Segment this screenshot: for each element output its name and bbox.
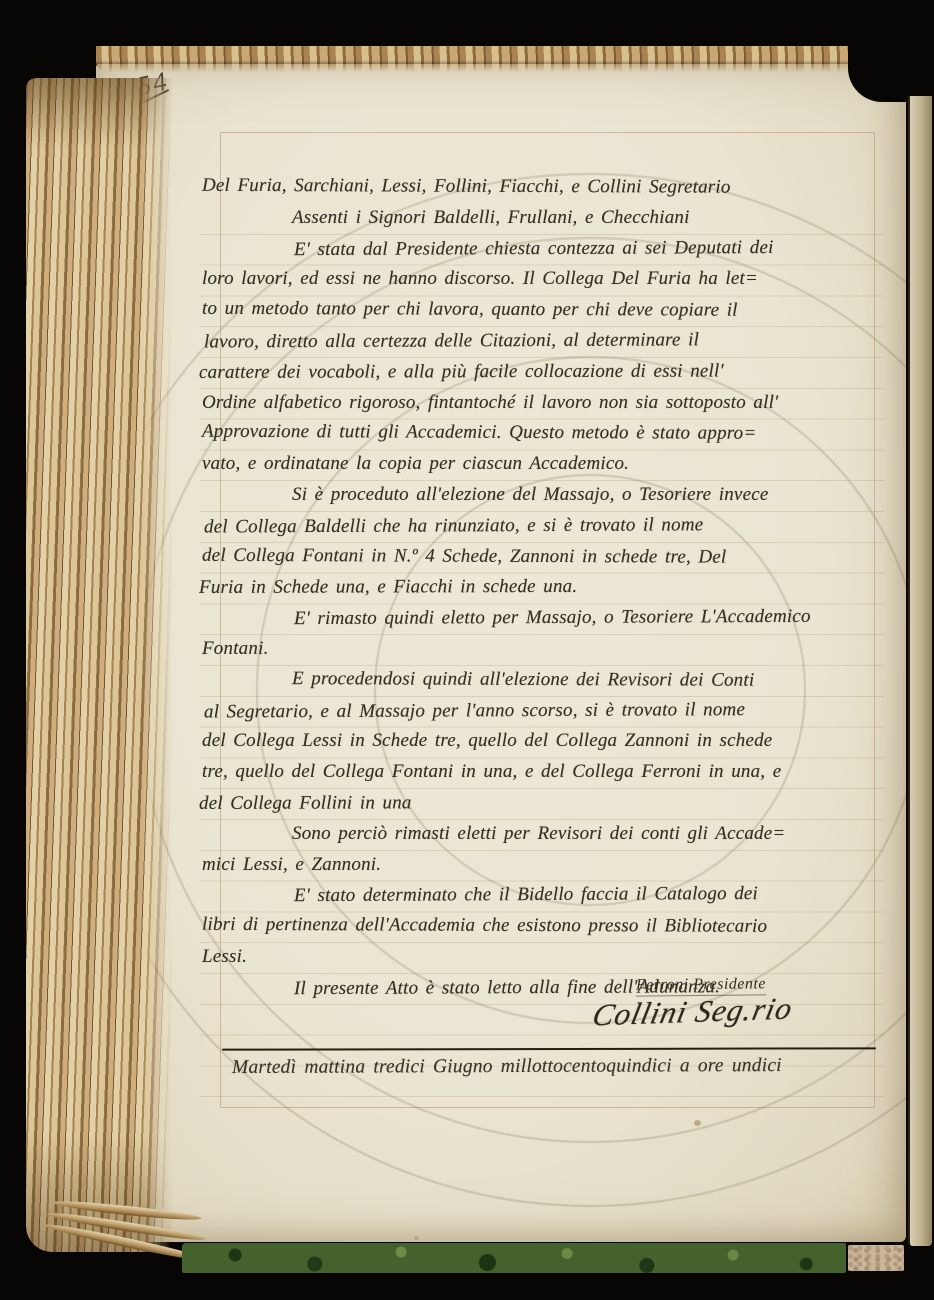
manuscript-line: loro lavori, ed essi ne hanno discorso. … (202, 264, 892, 295)
manuscript-line: del Collega Baldelli che ha rinunziato, … (204, 509, 894, 543)
manuscript-line: del Collega Lessi in Schede tre, quello … (202, 726, 892, 757)
manuscript-line: E' rimasto quindi eletto per Massajo, o … (204, 602, 894, 636)
manuscript-line: carattere dei vocaboli, e alla più facil… (199, 356, 889, 389)
top-deckle-edge (96, 46, 892, 72)
manuscript-line: tre, quello del Collega Fontani in una, … (202, 757, 892, 788)
manuscript-text: Del Furia, Sarchiani, Lessi, Follini, Fi… (202, 172, 892, 1004)
paper-stain (694, 1120, 701, 1126)
manuscript-line: to un metodo tanto per chi lavora, quant… (202, 294, 892, 327)
adjacent-page-edge (908, 96, 932, 1246)
manuscript-line: Sono perciò rimasti eletti per Revisori … (202, 819, 892, 850)
manuscript-line: E' stata dal Presidente chiesta contezza… (204, 232, 894, 266)
manuscript-line: Fontani. (202, 634, 892, 665)
manuscript-line: Del Furia, Sarchiani, Lessi, Follini, Fi… (202, 171, 892, 204)
manuscript-line: lavoro, diretto alla certezza delle Cita… (204, 324, 894, 358)
next-session-date-line: Martedì mattina tredici Giugno millottoc… (232, 1055, 782, 1079)
manuscript-line: del Collega Fontani in N.º 4 Schede, Zan… (202, 540, 892, 573)
background-corner (848, 0, 934, 102)
manuscript-line: libri di pertinenza dell'Accademia che e… (202, 910, 892, 943)
manuscript-line: Assenti i Signori Baldelli, Frullani, e … (202, 203, 892, 234)
manuscript-page: 154 Del Furia, Sarchiani, Lessi, Follini… (96, 64, 906, 1242)
marbled-cover-edge (182, 1243, 846, 1273)
manuscript-line: E' stato determinato che il Bidello facc… (204, 879, 894, 913)
cover-corner-patch (848, 1245, 904, 1271)
manuscript-line: Ordine alfabetico rigoroso, fintantoché … (202, 388, 892, 419)
manuscript-line: mici Lessi, e Zannoni. (202, 850, 892, 881)
manuscript-line: Lessi. (202, 942, 892, 973)
manuscript-line: Si è proceduto all'elezione del Massajo,… (202, 480, 892, 511)
manuscript-line: del Collega Follini in una (199, 787, 889, 820)
manuscript-line: Approvazione di tutti gli Accademici. Qu… (202, 417, 892, 450)
book-page-edges (26, 78, 174, 1252)
manuscript-line: vato, e ordinatane la copia per ciascun … (202, 449, 892, 480)
secretary-signature: Collini Seg.rio (589, 991, 796, 1034)
manuscript-line: al Segretario, e al Massajo per l'anno s… (204, 694, 894, 728)
manuscript-line: E procedendosi quindi all'elezione dei R… (202, 664, 892, 697)
paper-stain (414, 1236, 419, 1240)
manuscript-line: Furia in Schede una, e Fiacchi in schede… (199, 571, 889, 604)
scanned-book-photo: 154 Del Furia, Sarchiani, Lessi, Follini… (0, 0, 934, 1300)
